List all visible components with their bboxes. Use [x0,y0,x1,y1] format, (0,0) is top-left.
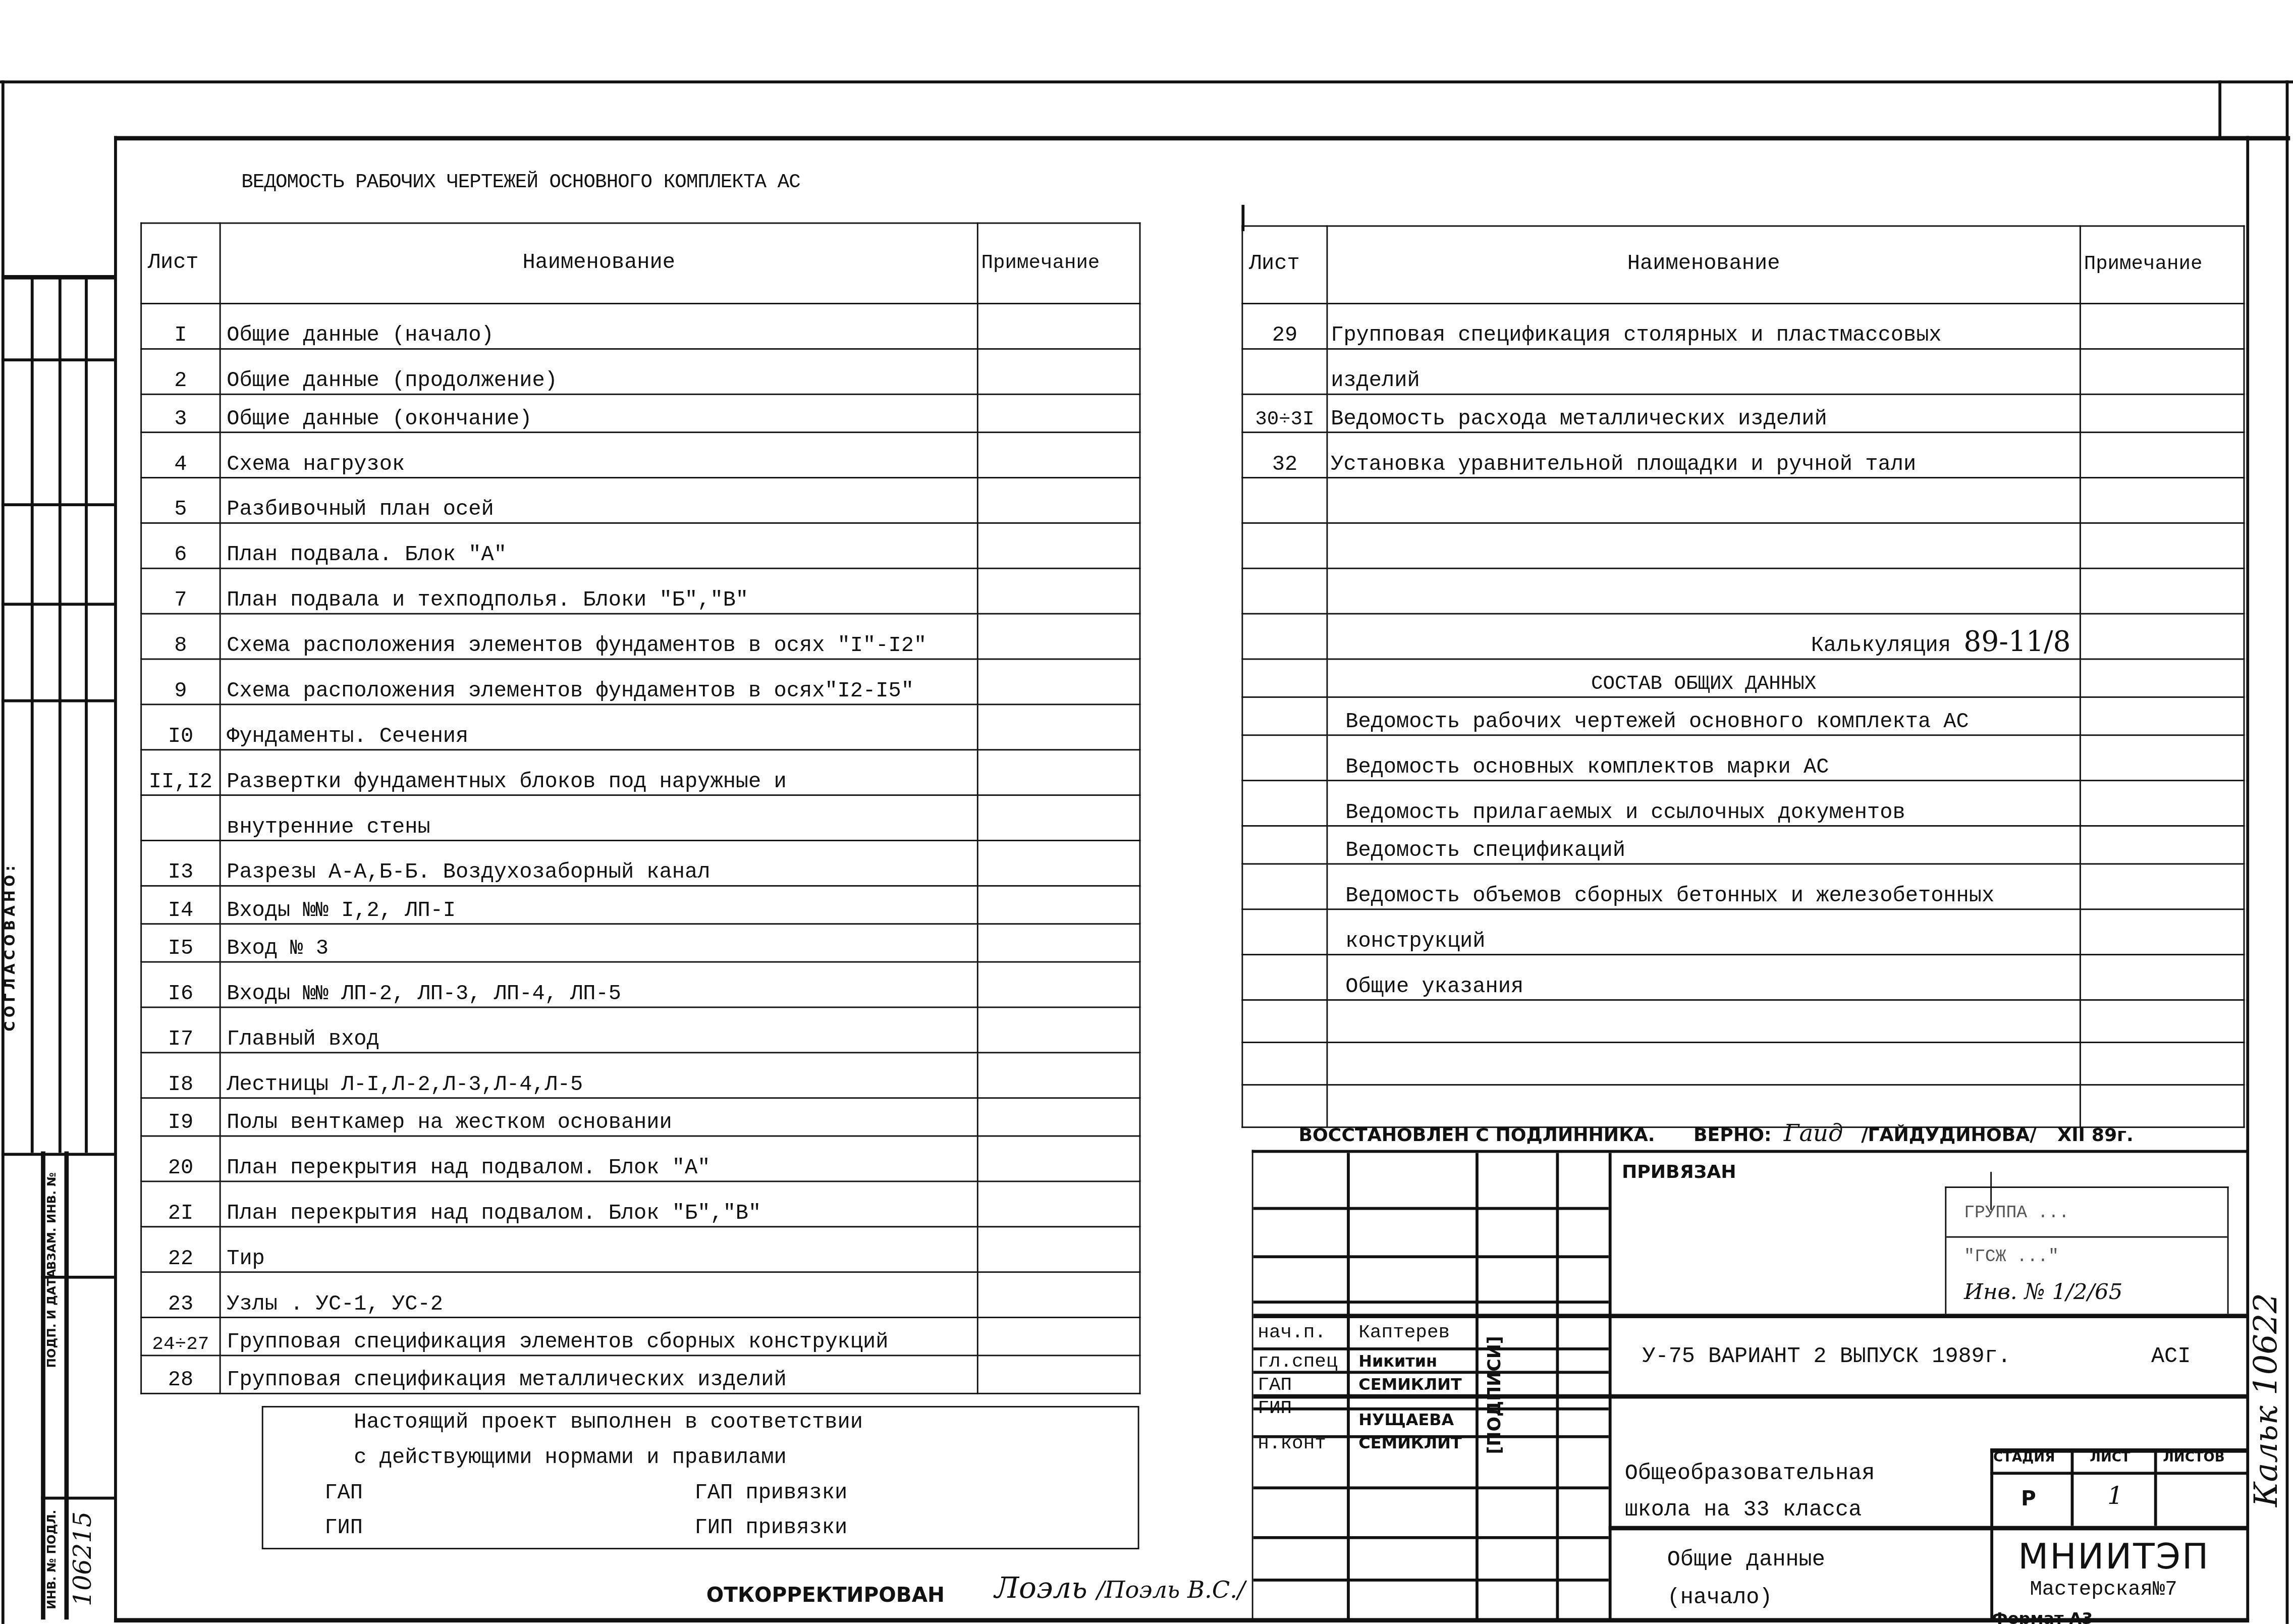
project-code: У-75 ВАРИАНТ 2 ВЫПУСК 1989г. [1642,1344,2010,1371]
tb-vline [2154,1448,2157,1526]
row-note [2080,568,2244,614]
outer-frame-right-tab [2218,80,2220,139]
tb-hline [1253,1301,1609,1304]
restored-stamp: ВОССТАНОВЛЕН С ПОДЛИННИКА. ВЕРНО: Гаид /… [1298,1121,2133,1149]
row-sheet: 7 [141,568,220,614]
object-name-line-1: Общеобразовательная [1625,1461,1875,1488]
header-note: Примечание [977,223,1140,303]
orig-inv-value: 106215 [69,1511,98,1606]
drawings-list-table-left: Лист Наименование Примечание IОбщие данн… [140,223,1140,1394]
empty-cell [2080,1000,2244,1042]
tb-vline [1476,1153,1478,1621]
row-note [977,795,1140,841]
drawing-title-line-1: Общие данные [1667,1548,1825,1574]
title-block: нач.п. Каптерев гл.спец Никитин ГАП СЕМИ… [1252,1150,2248,1621]
row-name: изделий [1327,349,2080,394]
row-name: План подвала. Блок "А" [220,523,977,568]
inventory-stamp: ГРУППА ... "ГСЖ ..." Инв. № 1/2/65 [1945,1186,2228,1314]
row-sheet: 4 [141,432,220,478]
general-data-row: Ведомость основных комплектов марки АС [1327,735,2080,781]
row-note [977,1053,1140,1098]
tb-hline [1253,1314,2248,1317]
empty-cell [1242,659,1327,697]
row-sheet [1242,568,1327,614]
gap-binding-label: ГАП привязки [695,1481,848,1507]
corrected-stamp-label: ОТКОРРЕКТИРОВАН [706,1583,945,1609]
empty-cell [1242,735,1327,781]
row-name: Схема расположения элементов фундаментов… [220,614,977,659]
row-note [977,568,1140,614]
row-sheet: I9 [141,1098,220,1136]
sheet-header: ЛИСТ [2090,1450,2130,1469]
row-sheet: 20 [141,1136,220,1181]
inventory-line-1: ГРУППА ... [1964,1200,2069,1226]
row-name: Входы №№ I,2, ЛП-I [220,886,977,924]
verified-signature: Гаид [1784,1119,1843,1147]
lm-vline [31,275,33,1153]
row-name: Общие данные (продолжение) [220,349,977,394]
lm-vline [59,275,61,1153]
tb-hline [1253,1255,1609,1258]
empty-cell [1242,955,1327,1000]
lm-hline [2,699,114,702]
row-sheet: 29 [1242,304,1327,349]
signatory-name: Каптерев [1358,1320,1450,1346]
lm-vline [41,1152,45,1620]
right-margin-handwritten: Кальк 10622 [2249,1293,2285,1507]
empty-cell [1242,864,1327,909]
drawing-title-line-2: (начало) [1667,1586,1773,1612]
row-name: Входы №№ ЛП-2, ЛП-3, ЛП-4, ЛП-5 [220,962,977,1007]
lm-vline [85,275,87,1153]
inventory-line-2: "ГСЖ ..." [1964,1243,2059,1270]
signatory-name: СЕМИКЛИТ [1358,1372,1462,1398]
row-note [977,1098,1140,1136]
lm-hline [2,358,114,361]
format-label: Формат А3 [1992,1612,2093,1624]
row-name: Главный вход [220,1007,977,1053]
workshop: Мастерская№7 [2030,1577,2177,1603]
row-sheet: 8 [141,614,220,659]
bound-label: ПРИВЯЗАН [1622,1159,1736,1185]
signatures-label: [ПОДПИСИ] [1484,1336,1505,1454]
lm-hline [2,503,114,506]
row-name: Лестницы Л-I,Л-2,Л-3,Л-4,Л-5 [220,1053,977,1098]
tb-vline [1609,1153,1612,1621]
row-note [977,659,1140,705]
row-name: Ведомость расхода металлических изделий [1327,394,2080,432]
row-name: Разрезы А-А,Б-Б. Воздухозаборный канал [220,840,977,886]
calculation-label: Калькуляция [1811,635,1951,658]
row-name: Общие данные (окончание) [220,394,977,432]
row-note [977,705,1140,750]
row-sheet [1242,349,1327,394]
row-name: внутренние стены [220,795,977,841]
row-name [1327,478,2080,523]
row-sheet: 28 [141,1356,220,1393]
row-note [977,1356,1140,1393]
inventory-line-3: Инв. № 1/2/65 [1964,1279,2122,1305]
drawings-list-table-right: Лист Наименование Примечание 29Групповая… [1241,225,2245,1128]
verified-label: ВЕРНО: [1694,1123,1772,1145]
row-sheet: 5 [141,478,220,523]
verified-name: /ГАЙДУДИНОВА/ [1861,1123,2036,1145]
gip-label: ГИП [324,1515,363,1542]
row-note [977,962,1140,1007]
row-sheet: I3 [141,840,220,886]
general-data-title: СОСТАВ ОБЩИХ ДАННЫХ [1327,659,2080,697]
sheet-value: 1 [2107,1484,2123,1510]
gip-binding-label: ГИП привязки [695,1515,848,1542]
row-note [977,750,1140,795]
tb-hline [1253,1579,1609,1582]
sign-date-label: ПОДП. И ДАТА [45,1269,59,1368]
lm-hline [2,603,114,605]
row-sheet: I6 [141,962,220,1007]
row-note [977,394,1140,432]
tb-hline [1253,1536,1609,1539]
header-name: Наименование [220,223,977,303]
row-sheet [1242,523,1327,568]
calculation-number: 89-11/8 [1963,626,2070,659]
row-name: План перекрытия над подвалом. Блок "А" [220,1136,977,1181]
row-sheet: I5 [141,924,220,962]
tb-vline [1556,1153,1558,1621]
object-name-line-2: школа на 33 класса [1625,1498,1862,1525]
row-sheet: I7 [141,1007,220,1053]
tb-hline [1609,1526,2248,1530]
empty-cell [1242,781,1327,826]
row-sheet [141,795,220,841]
row-sheet: 3 [141,394,220,432]
compliance-line-1: Настоящий проект выполнен в соответствии [354,1411,863,1437]
row-name: Схема нагрузок [220,432,977,478]
tb-vline [2071,1448,2073,1526]
general-data-row [1327,1000,2080,1042]
row-sheet: 23 [141,1272,220,1318]
signatory-role: ГАП [1258,1372,1292,1398]
general-data-row: Общие указания [1327,955,2080,1000]
row-name: Разбивочный план осей [220,478,977,523]
row-note [977,349,1140,394]
row-name: Общие данные (начало) [220,304,977,349]
outer-frame-right [2286,80,2289,1623]
row-sheet: II,I2 [141,750,220,795]
empty-cell [2080,781,2244,826]
gap-label: ГАП [324,1481,363,1507]
row-note [977,924,1140,962]
inventory-stamp-divider [1946,1236,2227,1238]
row-name: Групповая спецификация элементов сборных… [220,1318,977,1356]
calculation-cell: Калькуляция 89-11/8 [1327,614,2080,659]
signatory-role: гл.спец [1258,1349,1337,1375]
row-note [977,1227,1140,1272]
row-sheet: 24÷27 [141,1318,220,1356]
org-name: МНИИТЭП [2018,1536,2210,1577]
general-data-row [1327,1043,2080,1085]
corrected-stamp-name: /Поэль В.С./ [1097,1577,1245,1603]
left-table-title: ВЕДОМОСТЬ РАБОЧИХ ЧЕРТЕЖЕЙ ОСНОВНОГО КОМ… [241,171,800,197]
row-note [2080,349,2244,394]
doc-mark: АСI [2151,1344,2191,1371]
stage-header: СТАДИЯ [1993,1450,2055,1469]
general-data-row: Ведомость рабочих чертежей основного ком… [1327,697,2080,735]
empty-cell [2080,697,2244,735]
row-note [977,1318,1140,1356]
row-note [977,304,1140,349]
tb-hline [1253,1207,1609,1210]
row-note [977,1136,1140,1181]
row-name: Групповая спецификация металлических изд… [220,1356,977,1393]
row-sheet: 9 [141,659,220,705]
row-note [2080,432,2244,478]
inner-frame-top [114,136,2290,141]
general-data-row: конструкций [1327,909,2080,955]
empty-cell [2080,864,2244,909]
signatory-role: н.конт [1258,1431,1326,1457]
row-name: Узлы . УС-1, УС-2 [220,1272,977,1318]
row-name: Полы венткамер на жестком основании [220,1098,977,1136]
row-name [1327,568,2080,614]
row-sheet [1242,478,1327,523]
row-sheet: I0 [141,705,220,750]
signatory-role: нач.п. [1258,1320,1326,1346]
header-sheet: Лист [141,223,220,303]
row-name: Схема расположения элементов фундаментов… [220,659,977,705]
general-data-row: Ведомость прилагаемых и ссылочных докуме… [1327,781,2080,826]
header-sheet: Лист [1242,226,1327,304]
restored-stamp-text: ВОССТАНОВЛЕН С ПОДЛИННИКА. [1298,1123,1655,1145]
signatory-name: Никитин [1358,1349,1437,1375]
empty-cell [1242,614,1327,659]
empty-cell [2080,614,2244,659]
empty-cell [1242,1000,1327,1042]
row-note [2080,394,2244,432]
row-name: Тир [220,1227,977,1272]
tb-vline [1990,1172,1992,1210]
empty-cell [1242,826,1327,863]
empty-cell [1242,909,1327,955]
row-note [977,1181,1140,1227]
row-note [977,1007,1140,1053]
corrected-stamp-signature: Лоэль [995,1574,1087,1600]
row-name: Групповая спецификация столярных и пласт… [1327,304,2080,349]
signatory-name: СЕМИКЛИТ [1358,1431,1462,1457]
row-note [2080,478,2244,523]
stage-value: Р [2021,1486,2036,1512]
row-name: Установка уравнительной площадки и ручно… [1327,432,2080,478]
row-sheet: 22 [141,1227,220,1272]
row-name: План перекрытия над подвалом. Блок "Б","… [220,1181,977,1227]
row-note [977,886,1140,924]
approved-label: СОГЛАСОВАНО: [3,862,19,1032]
row-note [977,614,1140,659]
row-note [2080,523,2244,568]
row-note [977,840,1140,886]
row-name: Вход № 3 [220,924,977,962]
tb-vline [1347,1153,1349,1621]
header-note: Примечание [2080,226,2244,304]
row-sheet: 6 [141,523,220,568]
lm-vline [65,1152,69,1620]
row-sheet: I4 [141,886,220,924]
row-sheet: 2 [141,349,220,394]
drawing-sheet: ВЕДОМОСТЬ РАБОЧИХ ЧЕРТЕЖЕЙ ОСНОВНОГО КОМ… [0,0,2293,1624]
row-sheet: 30÷3I [1242,394,1327,432]
empty-cell [2080,735,2244,781]
empty-cell [2080,955,2244,1000]
header-name: Наименование [1327,226,2080,304]
inner-frame-left [114,136,117,1621]
tb-hline [1990,1472,2248,1475]
outer-frame-top [0,80,2293,83]
lm-hline [2,275,114,279]
replaced-inv-label: ВЗАМ. ИНВ. № [45,1172,59,1270]
row-note [977,1272,1140,1318]
signatory-name: НУЩАЕВА [1358,1408,1454,1434]
row-sheet: 32 [1242,432,1327,478]
lm-hline [41,1497,114,1499]
empty-cell [1242,697,1327,735]
general-data-row: Ведомость объемов сборных бетонных и жел… [1327,864,2080,909]
empty-cell [2080,1043,2244,1085]
row-sheet: 2I [141,1181,220,1227]
tb-hline [1253,1486,1609,1489]
empty-cell [2080,826,2244,863]
row-note [977,523,1140,568]
row-sheet: I8 [141,1053,220,1098]
general-data-row: Ведомость спецификаций [1327,826,2080,863]
verified-date: XII 89г. [2057,1123,2134,1145]
compliance-line-2: с действующими нормами и правилами [354,1445,786,1472]
row-note [977,478,1140,523]
empty-cell [2080,659,2244,697]
row-name [1327,523,2080,568]
row-note [2080,304,2244,349]
row-sheet: I [141,304,220,349]
row-name: Фундаменты. Сечения [220,705,977,750]
signatory-role: ГИП [1258,1396,1292,1422]
empty-cell [2080,909,2244,955]
sheets-header: ЛИСТОВ [2163,1450,2224,1469]
compliance-box: Настоящий проект выполнен в соответствии… [262,1406,1139,1549]
orig-inv-label: ИНВ. № ПОДЛ. [45,1510,59,1609]
empty-cell [1242,1043,1327,1085]
row-note [977,432,1140,478]
row-name: Развертки фундаментных блоков под наружн… [220,750,977,795]
row-name: План подвала и техподполья. Блоки "Б","В… [220,568,977,614]
